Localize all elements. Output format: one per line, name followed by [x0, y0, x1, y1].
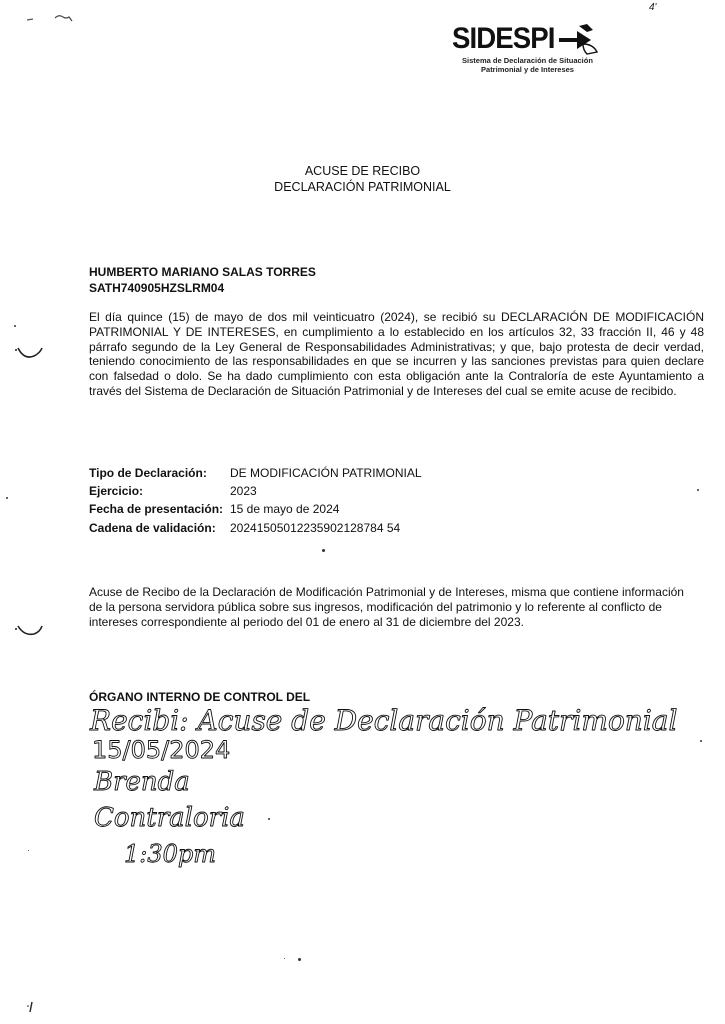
scan-dot: [298, 958, 301, 961]
logo-wordmark: SIDESPI: [452, 24, 554, 54]
field-label: Fecha de presentación:: [89, 500, 230, 518]
logo-subtitle-line2: Patrimonial y de Intereses: [450, 65, 605, 74]
declaration-fields: Tipo de Declaración: DE MODIFICACIÓN PAT…: [89, 464, 422, 537]
declarant-block: HUMBERTO MARIANO SALAS TORRES SATH740905…: [89, 264, 316, 296]
field-row-year: Ejercicio: 2023: [89, 482, 422, 500]
declarant-name: HUMBERTO MARIANO SALAS TORRES: [89, 264, 316, 280]
scan-dot: [284, 958, 285, 959]
handwriting-line1: Recibi: Acuse de Declaración Patrimonial: [89, 704, 677, 737]
field-row-type: Tipo de Declaración: DE MODIFICACIÓN PAT…: [89, 464, 422, 482]
field-value: DE MODIFICACIÓN PATRIMONIAL: [230, 464, 422, 482]
logo-subtitle: Sistema de Declaración de Situación Patr…: [450, 56, 605, 74]
field-label: Cadena de validación:: [89, 519, 230, 537]
scan-dot: [697, 489, 699, 491]
declarant-rfc: SATH740905HZSLRM04: [89, 280, 316, 296]
field-value: 20241505012235902128784 54: [230, 519, 400, 537]
sidespi-logo: SIDESPI Sistema de Declaración de Situac…: [452, 22, 612, 74]
scan-dot: [14, 325, 16, 327]
receipt-paragraph: El día quince (15) de mayo de dos mil ve…: [89, 310, 704, 399]
field-value: 15 de mayo de 2024: [230, 500, 339, 518]
handwriting-line5: 1:30pm: [124, 840, 216, 868]
field-label: Tipo de Declaración:: [89, 464, 230, 482]
handwriting-line3: Brenda: [93, 767, 190, 797]
summary-paragraph: Acuse de Recibo de la Declaración de Mod…: [89, 585, 699, 629]
field-row-date: Fecha de presentación: 15 de mayo de 202…: [89, 500, 422, 518]
scan-dot: [6, 497, 8, 499]
field-label: Ejercicio:: [89, 482, 230, 500]
handwritten-receipt-note: Recibi: Acuse de Declaración Patrimonial…: [80, 690, 725, 890]
margin-mark-2: [10, 620, 45, 645]
arrow-hand-icon: [557, 22, 601, 56]
handwriting-line4: Contraloria: [94, 803, 245, 833]
scan-dot: [28, 850, 29, 851]
margin-mark-1: [10, 340, 45, 365]
scan-mark-bottom-left: [25, 1000, 37, 1014]
document-title: ACUSE DE RECIBO DECLARACIÓN PATRIMONIAL: [0, 163, 725, 195]
handwriting-line2: 15/05/2024: [92, 736, 230, 764]
title-line1: ACUSE DE RECIBO: [0, 163, 725, 179]
field-value: 2023: [230, 482, 257, 500]
title-line2: DECLARACIÓN PATRIMONIAL: [0, 179, 725, 195]
scan-mark-top-left: [25, 10, 85, 26]
field-row-validation: Cadena de validación: 202415050122359021…: [89, 519, 422, 537]
scan-dot: [322, 549, 325, 552]
page-marker: 4': [649, 2, 656, 13]
logo-subtitle-line1: Sistema de Declaración de Situación: [450, 56, 605, 65]
